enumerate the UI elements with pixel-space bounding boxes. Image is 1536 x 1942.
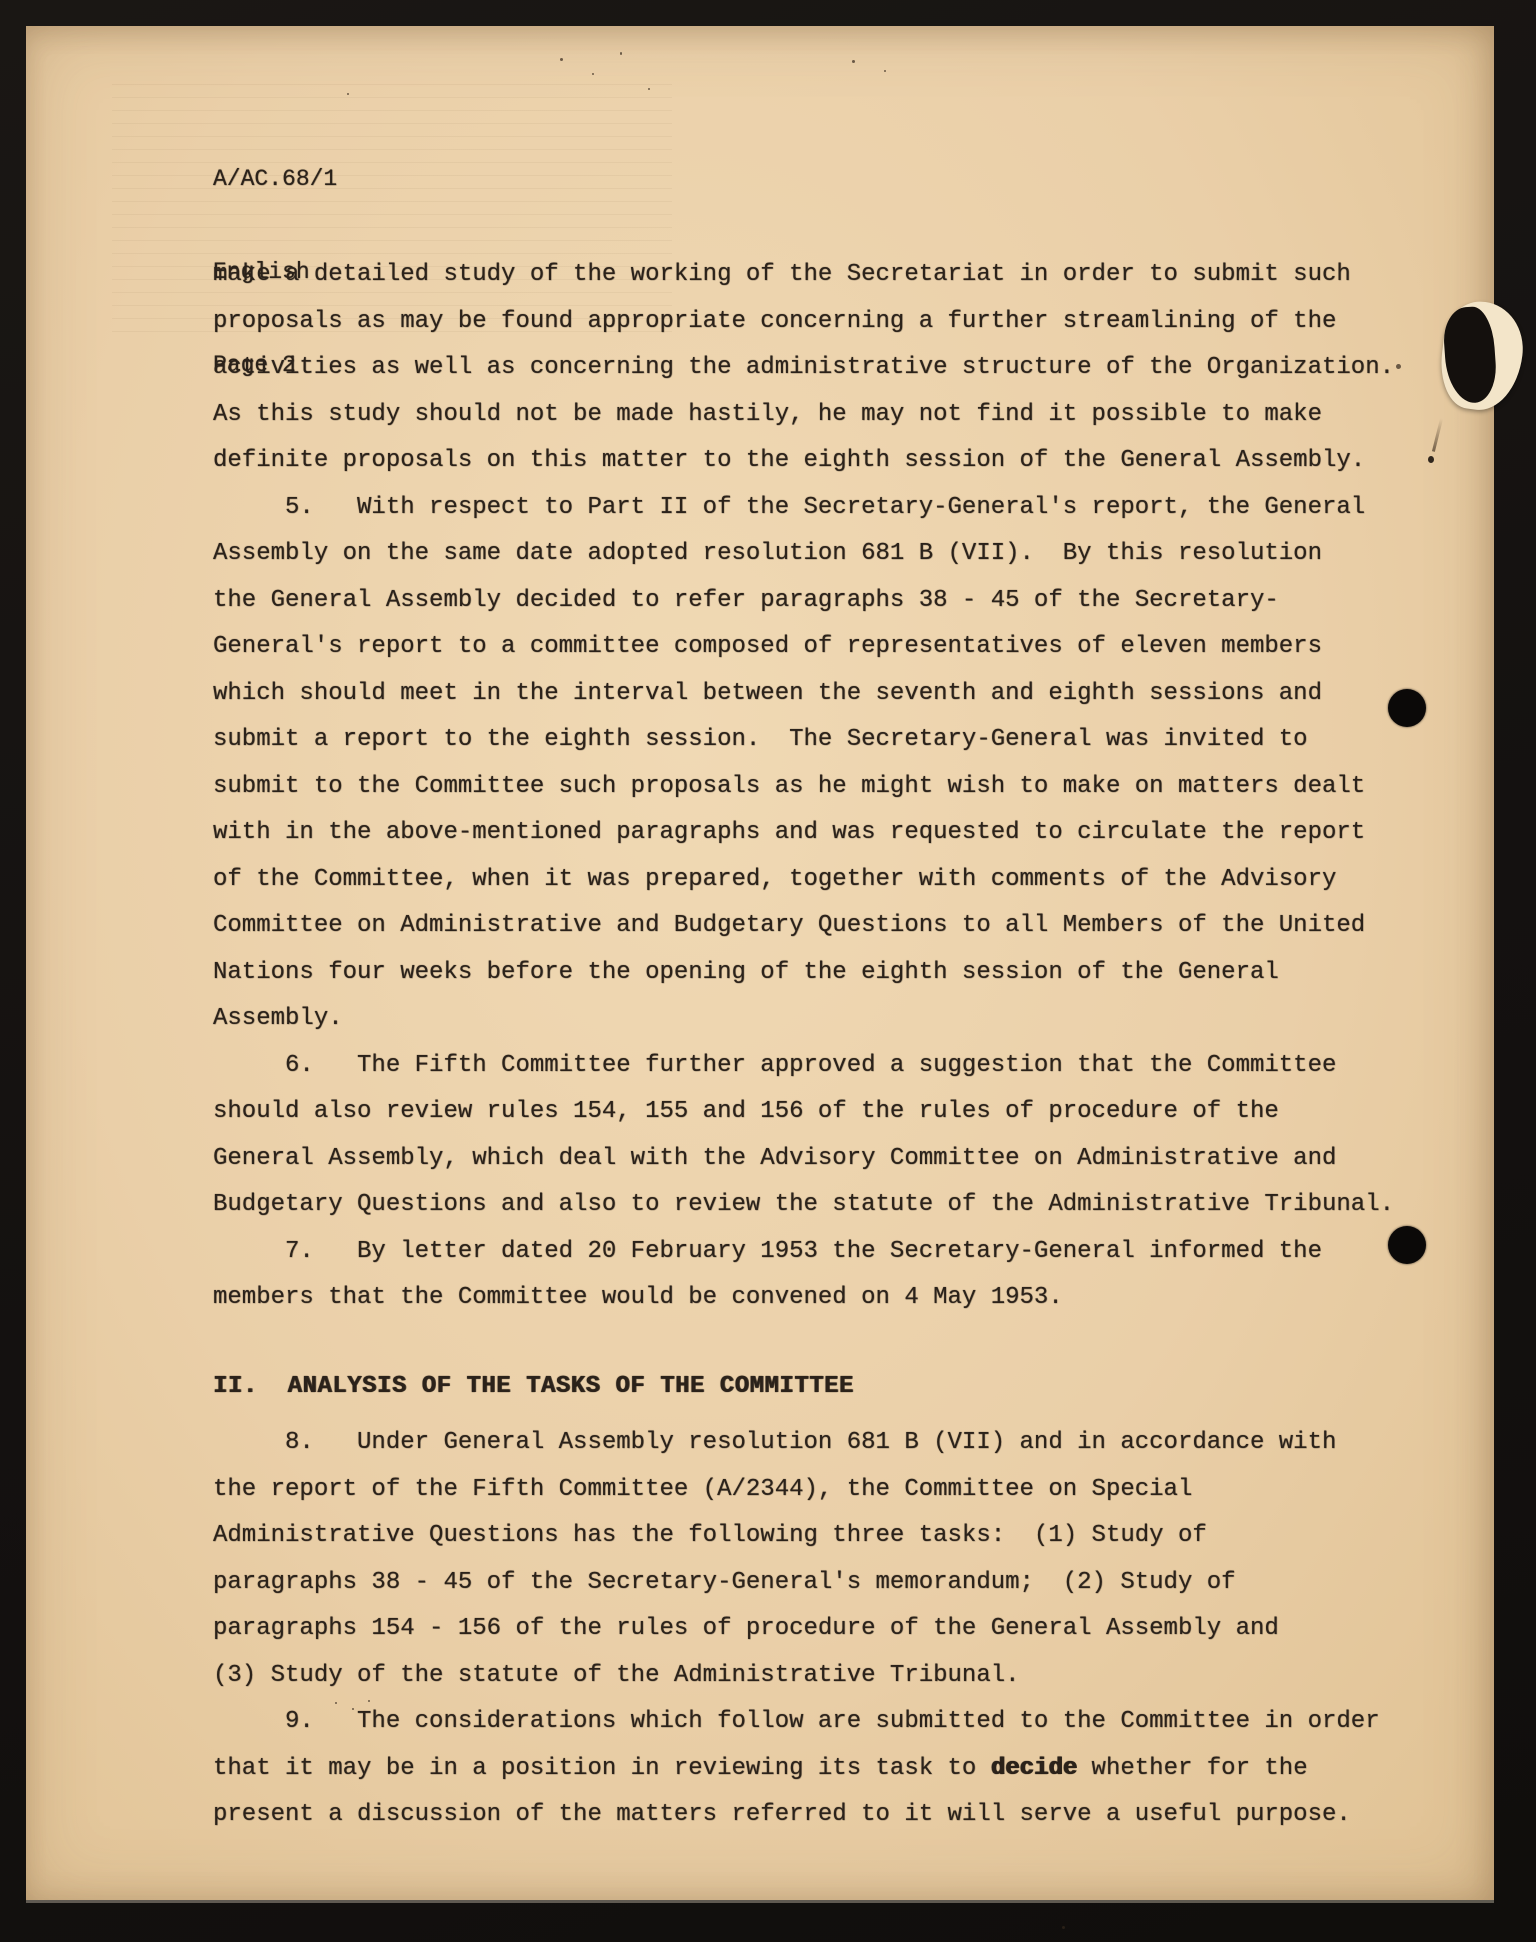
body-line: Assembly on the same date adopted resolu… xyxy=(213,531,1394,578)
body-line: submit a report to the eighth session. T… xyxy=(213,717,1394,764)
hole-punch-dot xyxy=(1388,689,1426,727)
doc-number: A/AC.68/1 xyxy=(213,164,337,195)
body-line: members that the Committee would be conv… xyxy=(213,1275,1394,1322)
body-line: paragraphs 38 - 45 of the Secretary-Gene… xyxy=(213,1560,1394,1607)
body-line: General Assembly, which deal with the Ad… xyxy=(213,1136,1394,1183)
ink-speck xyxy=(1062,1926,1065,1929)
body-line: 7. By letter dated 20 February 1953 the … xyxy=(213,1229,1394,1276)
hole-punch-dot xyxy=(1388,1226,1426,1264)
body-line: 6. The Fifth Committee further approved … xyxy=(213,1043,1394,1090)
body-line: make a detailed study of the working of … xyxy=(213,252,1394,299)
body-line: 5. With respect to Part II of the Secret… xyxy=(213,485,1394,532)
body-line: Nations four weeks before the opening of… xyxy=(213,950,1394,997)
ink-speck xyxy=(560,58,563,61)
overstruck-word: decide xyxy=(991,1755,1077,1782)
body-line: that it may be in a position in reviewin… xyxy=(213,1746,1394,1793)
ink-speck xyxy=(620,52,622,55)
document-body: make a detailed study of the working of … xyxy=(213,252,1394,1839)
body-line: Budgetary Questions and also to review t… xyxy=(213,1182,1394,1229)
ink-speck xyxy=(1428,456,1434,463)
ink-speck xyxy=(648,88,650,90)
body-line: Assembly. xyxy=(213,996,1394,1043)
section-heading: II. ANALYSIS OF THE TASKS OF THE COMMITT… xyxy=(213,1364,1394,1411)
ink-speck xyxy=(852,60,855,63)
body-line: submit to the Committee such proposals a… xyxy=(213,764,1394,811)
ink-speck xyxy=(352,1708,354,1710)
body-line: the General Assembly decided to refer pa… xyxy=(213,578,1394,625)
body-line: 9. The considerations which follow are s… xyxy=(213,1699,1394,1746)
ink-speck xyxy=(335,1702,337,1704)
body-line: 8. Under General Assembly resolution 681… xyxy=(213,1420,1394,1467)
document-page: A/AC.68/1 English Page 2 make a detailed… xyxy=(26,26,1494,1900)
ink-speck xyxy=(368,1700,370,1702)
ink-speck xyxy=(1396,364,1401,369)
scan-background: { "page": { "header": { "doc_number": "A… xyxy=(0,0,1536,1942)
body-line: proposals as may be found appropriate co… xyxy=(213,299,1394,346)
body-line: of the Committee, when it was prepared, … xyxy=(213,857,1394,904)
body-line: As this study should not be made hastily… xyxy=(213,392,1394,439)
body-line: definite proposals on this matter to the… xyxy=(213,438,1394,485)
body-line: with in the above-mentioned paragraphs a… xyxy=(213,810,1394,857)
ink-speck xyxy=(884,70,886,72)
body-line: General's report to a committee composed… xyxy=(213,624,1394,671)
body-line-segment: that it may be in a position in reviewin… xyxy=(213,1755,991,1782)
body-line: Committee on Administrative and Budgetar… xyxy=(213,903,1394,950)
body-line: present a discussion of the matters refe… xyxy=(213,1792,1394,1839)
scratch-mark xyxy=(1432,418,1443,452)
body-line: which should meet in the interval betwee… xyxy=(213,671,1394,718)
body-line: Administrative Questions has the followi… xyxy=(213,1513,1394,1560)
body-line: activities as well as concerning the adm… xyxy=(213,345,1394,392)
body-line: should also review rules 154, 155 and 15… xyxy=(213,1089,1394,1136)
body-line: (3) Study of the statute of the Administ… xyxy=(213,1653,1394,1700)
body-line: paragraphs 154 - 156 of the rules of pro… xyxy=(213,1606,1394,1653)
ink-speck xyxy=(347,93,349,95)
body-line: the report of the Fifth Committee (A/234… xyxy=(213,1467,1394,1514)
body-line-segment: whether for the xyxy=(1077,1755,1307,1782)
ink-speck xyxy=(592,73,594,75)
